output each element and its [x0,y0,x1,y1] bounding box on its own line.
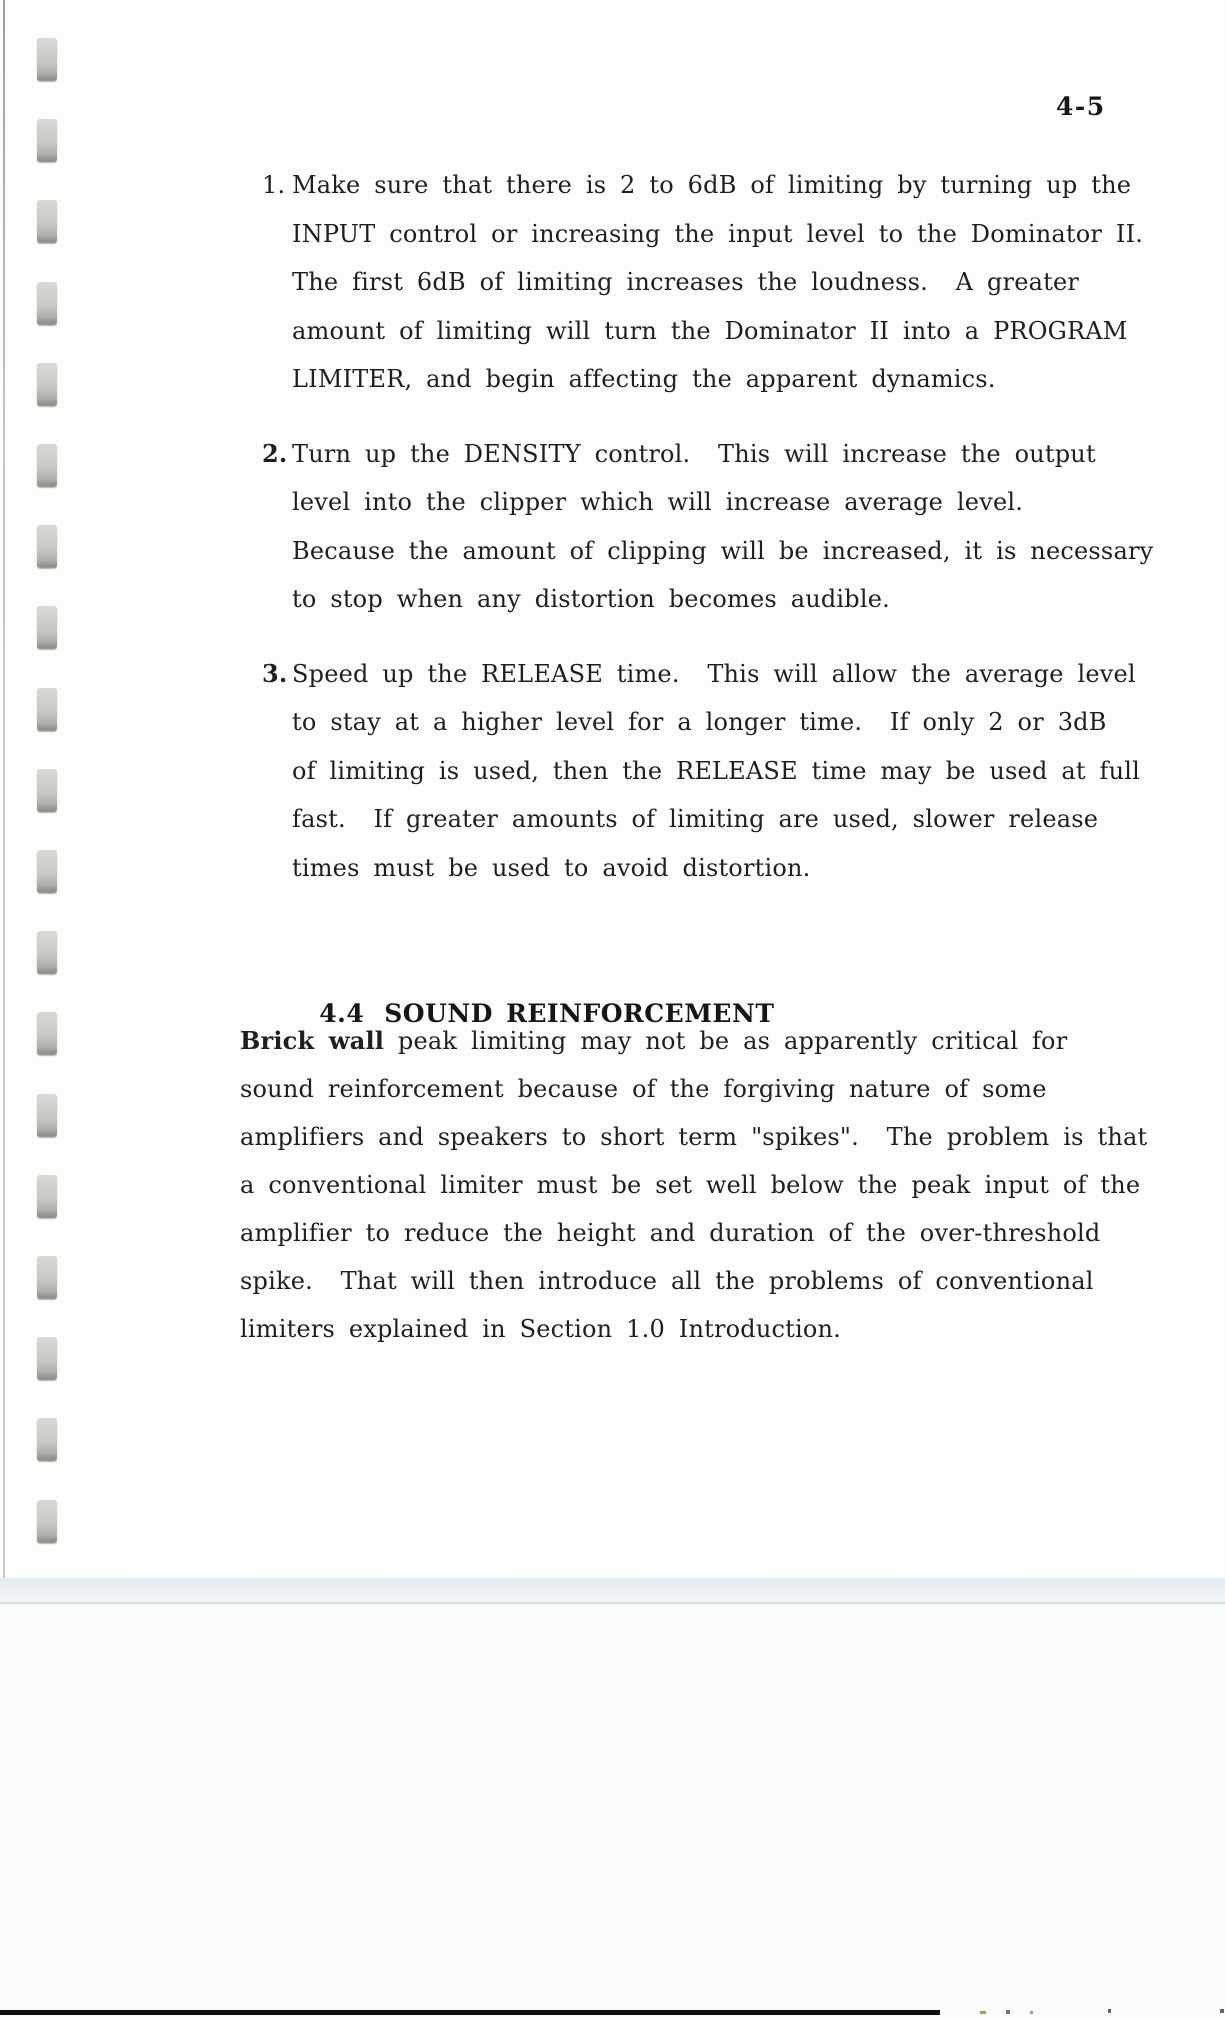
bold-lead-text: Brick wall [240,1026,384,1055]
item-line: The first 6dB of limiting increases the … [292,258,1153,307]
binding-hole [37,1418,57,1461]
item-number: 2. [262,430,292,624]
item-line: amount of limiting will turn the Dominat… [292,307,1153,356]
binding-hole [37,525,57,568]
binding-hole [37,769,57,812]
binding-hole [37,931,57,974]
paragraph-line-text: amplifier to reduce the height and durat… [240,1219,1100,1247]
item-line: fast. If greater amounts of limiting are… [292,795,1153,844]
item-number: 3. [262,650,292,893]
binding-hole [37,363,57,406]
binding-hole [37,1175,57,1218]
paragraph-line-text: sound reinforcement because of the forgi… [240,1075,1047,1103]
instruction-list: 1.Make sure that there is 2 to 6dB of li… [262,161,1153,918]
binding-hole [37,1500,57,1543]
paragraph-line-text: limiters explained in Section 1.0 Introd… [240,1315,841,1343]
scan-speck [980,2011,986,2014]
binding-hole [37,200,57,243]
scan-speck [1030,2011,1033,2014]
paragraph-line: spike. That will then introduce all the … [240,1257,1147,1305]
paragraph-line: Brick wall peak limiting may not be as a… [240,1017,1147,1065]
list-item: 2.Turn up the DENSITY control. This will… [262,430,1153,624]
binding-hole [37,1012,57,1055]
paragraph-line-text: peak limiting may not be as apparently c… [384,1027,1067,1055]
paragraph-line: sound reinforcement because of the forgi… [240,1065,1147,1113]
paragraph-line: amplifiers and speakers to short term "s… [240,1113,1147,1161]
page-number: 4-5 [1056,92,1106,122]
list-item: 1.Make sure that there is 2 to 6dB of li… [262,161,1153,404]
scanned-page: 4-5 1.Make sure that there is 2 to 6dB o… [0,0,1225,2017]
item-line: of limiting is used, then the RELEASE ti… [292,747,1153,796]
binding-hole [37,38,57,81]
binding-hole [37,282,57,325]
item-line: Because the amount of clipping will be i… [292,527,1153,576]
item-line: Speed up the RELEASE time. This will all… [292,650,1153,699]
binding-hole [37,119,57,162]
item-line: INPUT control or increasing the input le… [292,210,1153,259]
page-sheet: 4-5 1.Make sure that there is 2 to 6dB o… [0,0,1225,1578]
scan-speck [1220,2009,1224,2013]
paragraph-line-text: a conventional limiter must be set well … [240,1171,1140,1199]
binding-hole [37,1256,57,1299]
binding-hole [37,688,57,731]
scan-speck [1006,2010,1010,2014]
item-line: Make sure that there is 2 to 6dB of limi… [292,161,1153,210]
paragraph-line-text: amplifiers and speakers to short term "s… [240,1123,1147,1151]
binding-hole [37,606,57,649]
item-number: 1. [262,161,292,404]
bottom-scan-line [0,2010,940,2015]
page-bottom-edge-line [0,1602,1225,1604]
paragraph-line: amplifier to reduce the height and durat… [240,1209,1147,1257]
item-line: to stay at a higher level for a longer t… [292,698,1153,747]
item-line: times must be used to avoid distortion. [292,844,1153,893]
paragraph-line-text: spike. That will then introduce all the … [240,1267,1094,1295]
list-item: 3.Speed up the RELEASE time. This will a… [262,650,1153,893]
binding-hole [37,444,57,487]
scan-speck [1108,2009,1111,2013]
item-line: level into the clipper which will increa… [292,478,1153,527]
paragraph-line: limiters explained in Section 1.0 Introd… [240,1305,1147,1353]
body-paragraph: Brick wall peak limiting may not be as a… [240,1017,1147,1353]
item-line: Turn up the DENSITY control. This will i… [292,430,1153,479]
left-page-edge [3,0,5,1578]
paragraph-line: a conventional limiter must be set well … [240,1161,1147,1209]
scanner-background [0,1606,1225,2017]
binding-hole [37,1337,57,1380]
item-line: LIMITER, and begin affecting the apparen… [292,355,1153,404]
binding-hole [37,850,57,893]
item-line: to stop when any distortion becomes audi… [292,575,1153,624]
binding-hole [37,1094,57,1137]
